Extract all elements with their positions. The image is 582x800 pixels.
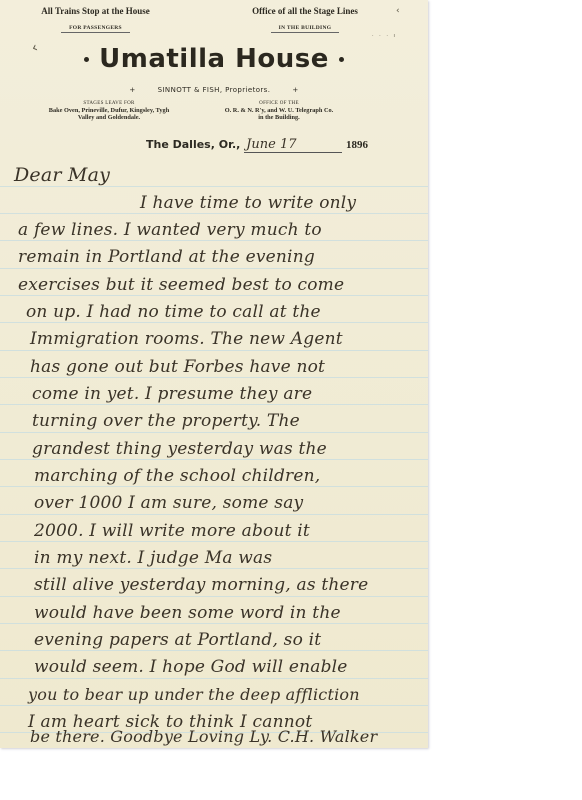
letter-line: exercises but it seemed best to come bbox=[18, 275, 344, 295]
ink-mark: ‹ bbox=[396, 6, 400, 16]
stages-block: STAGES LEAVE FOR Bake Oven, Prineville, … bbox=[22, 100, 196, 121]
ruled-line bbox=[0, 459, 428, 460]
letter-line: turning over the property. The bbox=[32, 411, 300, 431]
ruled-line bbox=[0, 678, 428, 679]
header-trains-stop: All Trains Stop at the House FOR PASSENG… bbox=[28, 6, 163, 34]
ruled-line bbox=[0, 514, 428, 515]
letter-line: over 1000 I am sure, some say bbox=[34, 493, 303, 513]
letter-line: I have time to write only bbox=[140, 193, 356, 213]
proprietors-text: SINNOTT & FISH, Proprietors. bbox=[158, 86, 271, 94]
ruled-line bbox=[0, 186, 428, 187]
letter-line: grandest thing yesterday was the bbox=[32, 439, 327, 459]
letter-line: Immigration rooms. The new Agent bbox=[30, 329, 343, 349]
hotel-title-text: Umatilla House bbox=[99, 44, 329, 74]
letter-line: would have been some word in the bbox=[34, 603, 341, 623]
letter-line: still alive yesterday morning, as there bbox=[34, 575, 368, 595]
ruled-line bbox=[0, 404, 428, 405]
office-line-1: O. R. & N. R'y, and W. U. Telegraph Co. bbox=[204, 107, 354, 114]
letter-line: come in yet. I presume they are bbox=[32, 384, 312, 404]
ruled-line bbox=[0, 268, 428, 269]
ruled-line bbox=[0, 705, 428, 706]
plus-ornament: + bbox=[292, 86, 298, 94]
closing-signature-line: be there. Goodbye Loving Ly. C.H. Walker bbox=[30, 727, 377, 746]
ruled-line bbox=[0, 432, 428, 433]
ruled-line bbox=[0, 541, 428, 542]
letter-line: has gone out but Forbes have not bbox=[30, 357, 325, 377]
ruled-line bbox=[0, 623, 428, 624]
letter-line: you to bear up under the deep affliction bbox=[28, 685, 360, 704]
dateline-year: 1896 bbox=[346, 139, 368, 151]
office-block: OFFICE OF THE O. R. & N. R'y, and W. U. … bbox=[204, 100, 354, 121]
letter-line: would seem. I hope God will enable bbox=[34, 657, 348, 677]
header-trains-stop-text: All Trains Stop at the House bbox=[28, 6, 163, 16]
ruled-line bbox=[0, 350, 428, 351]
letter-line: a few lines. I wanted very much to bbox=[18, 220, 322, 240]
ink-mark: · · · ı bbox=[372, 33, 397, 39]
letter-line: in my next. I judge Ma was bbox=[34, 548, 272, 568]
letter-line: evening papers at Portland, so it bbox=[34, 630, 321, 650]
dateline: The Dalles, Or., June 17 1896 bbox=[146, 137, 368, 153]
bullet-dot bbox=[339, 57, 344, 62]
hotel-title: Umatilla House bbox=[0, 44, 428, 74]
header-stage-lines: Office of all the Stage Lines IN THE BUI… bbox=[240, 6, 370, 34]
ruled-line bbox=[0, 322, 428, 323]
bullet-dot bbox=[84, 57, 89, 62]
plus-ornament: + bbox=[129, 86, 135, 94]
office-line-2: in the Building. bbox=[204, 114, 354, 121]
proprietors-line: +SINNOTT & FISH, Proprietors.+ bbox=[0, 86, 428, 94]
ruled-line bbox=[0, 596, 428, 597]
letter-line: remain in Portland at the evening bbox=[18, 247, 315, 267]
ruled-line bbox=[0, 240, 428, 241]
header-stage-lines-text: Office of all the Stage Lines bbox=[240, 6, 370, 16]
ruled-line bbox=[0, 377, 428, 378]
letter-line: 2000. I will write more about it bbox=[34, 521, 310, 541]
ruled-line bbox=[0, 568, 428, 569]
header-for-passengers: FOR PASSENGERS bbox=[61, 25, 130, 33]
letter-line: on up. I had no time to call at the bbox=[26, 302, 321, 322]
header-in-building: IN THE BUILDING bbox=[271, 25, 340, 33]
dateline-place: The Dalles, Or., bbox=[146, 138, 240, 151]
letter-page: ‹ ‹ · · · ı All Trains Stop at the House… bbox=[0, 0, 428, 748]
ruled-line bbox=[0, 486, 428, 487]
stages-line-2: Valley and Goldendale. bbox=[22, 114, 196, 121]
office-label: OFFICE OF THE bbox=[204, 100, 354, 107]
ruled-line bbox=[0, 213, 428, 214]
salutation: Dear May bbox=[14, 164, 110, 186]
stages-label: STAGES LEAVE FOR bbox=[22, 100, 196, 107]
letter-line: marching of the school children, bbox=[34, 466, 320, 486]
dateline-date: June 17 bbox=[244, 137, 342, 153]
ruled-line bbox=[0, 295, 428, 296]
ruled-line bbox=[0, 650, 428, 651]
stages-line-1: Bake Oven, Prineville, Dufur, Kingsley, … bbox=[22, 107, 196, 114]
